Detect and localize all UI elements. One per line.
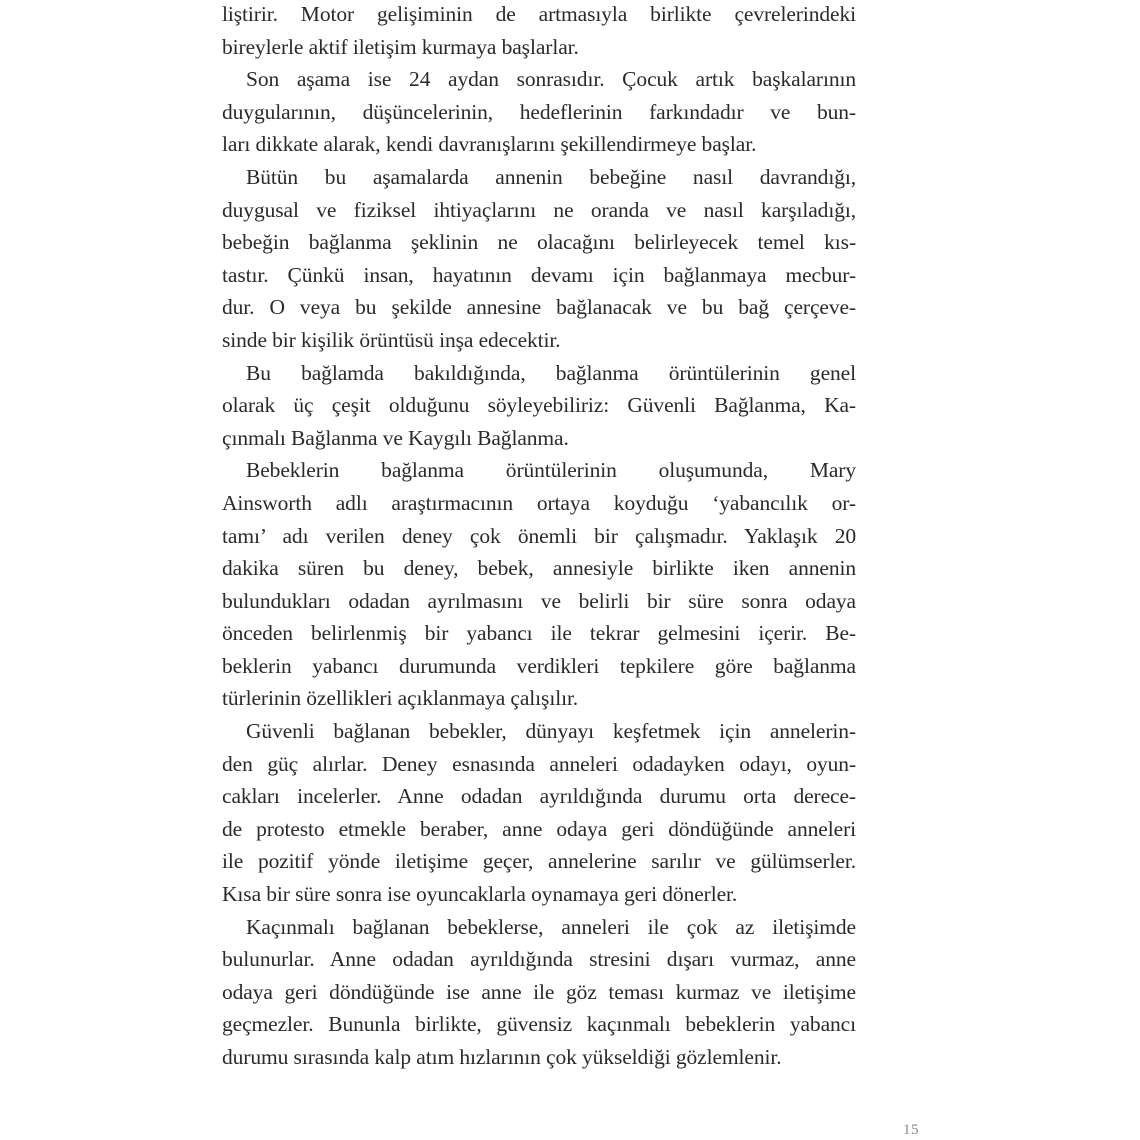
text-line: bebeğin bağlanma şeklinin ne olacağını b… xyxy=(222,226,856,259)
text-line: ile pozitif yönde iletişime geçer, annel… xyxy=(222,845,856,878)
text-line: de protesto etmekle beraber, anne odaya … xyxy=(222,813,856,846)
page-number: 15 xyxy=(903,1122,919,1139)
text-line: bireylerle aktif iletişim kurmaya başlar… xyxy=(222,31,856,64)
text-line: bulunurlar. Anne odadan ayrıldığında str… xyxy=(222,943,856,976)
text-line: den güç alırlar. Deney esnasında anneler… xyxy=(222,748,856,781)
text-line: Bütün bu aşamalarda annenin bebeğine nas… xyxy=(222,161,856,194)
paragraph: Bütün bu aşamalarda annenin bebeğine nas… xyxy=(222,161,856,357)
text-line: tastır. Çünkü insan, hayatının devamı iç… xyxy=(222,259,856,292)
text-line: liştirir. Motor gelişiminin de artmasıyl… xyxy=(222,0,856,31)
text-line: türlerinin özellikleri açıklanmaya çalış… xyxy=(222,682,856,715)
text-line: Kaçınmalı bağlanan bebeklerse, anneleri … xyxy=(222,911,856,944)
text-line: Son aşama ise 24 aydan sonrasıdır. Çocuk… xyxy=(222,63,856,96)
text-line: durumu sırasında kalp atım hızlarının ço… xyxy=(222,1041,856,1074)
text-line: dakika süren bu deney, bebek, annesiyle … xyxy=(222,552,856,585)
text-line: Bu bağlamda bakıldığında, bağlanma örünt… xyxy=(222,357,856,390)
paragraph: Son aşama ise 24 aydan sonrasıdır. Çocuk… xyxy=(222,63,856,161)
text-line: sinde bir kişilik örüntüsü inşa edecekti… xyxy=(222,324,856,357)
paragraph: Bebeklerin bağlanma örüntülerinin oluşum… xyxy=(222,454,856,715)
text-line: duygusal ve fiziksel ihtiyaçlarını ne or… xyxy=(222,194,856,227)
text-line: dur. O veya bu şekilde annesine bağlanac… xyxy=(222,291,856,324)
text-line: önceden belirlenmiş bir yabancı ile tekr… xyxy=(222,617,856,650)
text-line: Kısa bir süre sonra ise oyuncaklarla oyn… xyxy=(222,878,856,911)
text-line: cakları incelerler. Anne odadan ayrıldığ… xyxy=(222,780,856,813)
text-line: beklerin yabancı durumunda verdikleri te… xyxy=(222,650,856,683)
text-line: Güvenli bağlanan bebekler, dünyayı keşfe… xyxy=(222,715,856,748)
text-line: duygularının, düşüncelerinin, hedeflerin… xyxy=(222,96,856,129)
text-line: geçmezler. Bununla birlikte, güvensiz ka… xyxy=(222,1008,856,1041)
paragraph: Kaçınmalı bağlanan bebeklerse, anneleri … xyxy=(222,911,856,1074)
text-line: tamı’ adı verilen deney çok önemli bir ç… xyxy=(222,520,856,553)
paragraph: liştirir. Motor gelişiminin de artmasıyl… xyxy=(222,0,856,63)
paragraph: Güvenli bağlanan bebekler, dünyayı keşfe… xyxy=(222,715,856,911)
text-line: Bebeklerin bağlanma örüntülerinin oluşum… xyxy=(222,454,856,487)
text-line: çınmalı Bağlanma ve Kaygılı Bağlanma. xyxy=(222,422,856,455)
text-line: olarak üç çeşit olduğunu söyleyebiliriz:… xyxy=(222,389,856,422)
body-text: liştirir. Motor gelişiminin de artmasıyl… xyxy=(222,0,856,1074)
book-page: liştirir. Motor gelişiminin de artmasıyl… xyxy=(0,0,1140,1140)
paragraph: Bu bağlamda bakıldığında, bağlanma örünt… xyxy=(222,357,856,455)
text-line: bulundukları odadan ayrılmasını ve belir… xyxy=(222,585,856,618)
text-line: odaya geri döndüğünde ise anne ile göz t… xyxy=(222,976,856,1009)
text-line: Ainsworth adlı araştırmacının ortaya koy… xyxy=(222,487,856,520)
text-line: ları dikkate alarak, kendi davranışların… xyxy=(222,128,856,161)
